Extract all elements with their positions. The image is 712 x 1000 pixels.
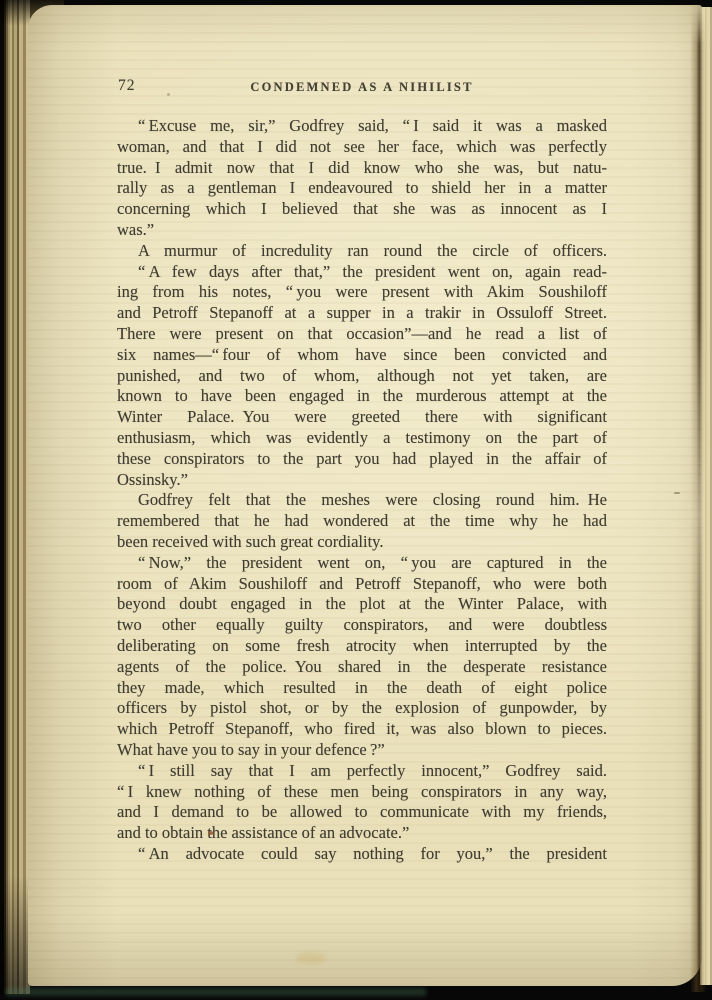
text-line: Godfrey felt that the meshes were closin…: [117, 490, 607, 511]
text-line: “ An advocate could say nothing for you,…: [117, 844, 607, 865]
book-page: 72 CONDEMNED AS A NIHILIST “ Excuse me, …: [28, 5, 702, 986]
book-cover-edge: [6, 988, 426, 996]
text-line: was.”: [117, 220, 607, 241]
text-line: There were present on that occasion”—and…: [117, 324, 607, 345]
text-line: woman, and that I did not see her face, …: [117, 137, 607, 158]
text-line: “ A few days after that,” the president …: [117, 262, 607, 283]
text-line: Ossinsky.”: [117, 470, 607, 491]
running-title: CONDEMNED AS A NIHILIST: [117, 80, 607, 95]
text-line: room of Akim Soushiloff and Petroff Step…: [117, 574, 607, 595]
text-line: known to have been engaged in the murder…: [117, 386, 607, 407]
text-line: two other equally guilty conspirators, a…: [117, 615, 607, 636]
text-line: beyond doubt engaged in the plot at the …: [117, 594, 607, 615]
text-line: rally as a gentleman I endeavoured to sh…: [117, 178, 607, 199]
text-line: been received with such great cordiality…: [117, 532, 607, 553]
text-line: and Petroff Stepanoff at a supper in a t…: [117, 303, 607, 324]
text-line: deliberating on some fresh atrocity when…: [117, 636, 607, 657]
text-line: true. I admit now that I did know who sh…: [117, 158, 607, 179]
text-line: and I demand to be allowed to communicat…: [117, 802, 607, 823]
text-line: concerning which I believed that she was…: [117, 199, 607, 220]
page-header: 72 CONDEMNED AS A NIHILIST: [117, 77, 607, 101]
book-scan: 72 CONDEMNED AS A NIHILIST “ Excuse me, …: [0, 0, 712, 1000]
text-line: these conspirators to the part you had p…: [117, 449, 607, 470]
text-block: “ Excuse me, sir,” Godfrey said, “ I sai…: [117, 116, 607, 865]
text-line: “ I knew nothing of these men being cons…: [117, 782, 607, 803]
binding-page-edges: [0, 0, 30, 994]
text-line: ing from his notes, “ you were present w…: [117, 282, 607, 303]
text-line: What have you to say in your defence ?”: [117, 740, 607, 761]
text-line: and to obtain the assistance of an advoc…: [117, 823, 607, 844]
text-line: “ Now,” the president went on, “ you are…: [117, 553, 607, 574]
paper-stain: [296, 953, 326, 963]
text-line: enthusiasm, which was evidently a testim…: [117, 428, 607, 449]
paper-speck: [674, 492, 680, 494]
text-line: A murmur of incredulity ran round the ci…: [117, 241, 607, 262]
text-line: which Petroff Stepanoff, who fired it, w…: [117, 719, 607, 740]
text-line: remembered that he had wondered at the t…: [117, 511, 607, 532]
text-line: agents of the police. You shared in the …: [117, 657, 607, 678]
text-line: Winter Palace. You were greeted there wi…: [117, 407, 607, 428]
text-line: “ Excuse me, sir,” Godfrey said, “ I sai…: [117, 116, 607, 137]
text-line: six names—“ four of whom have since been…: [117, 345, 607, 366]
text-line: “ I still say that I am perfectly innoce…: [117, 761, 607, 782]
text-line: they made, which resulted in the death o…: [117, 678, 607, 699]
text-line: officers by pistol shot, or by the explo…: [117, 698, 607, 719]
text-line: punished, and two of whom, although not …: [117, 366, 607, 387]
